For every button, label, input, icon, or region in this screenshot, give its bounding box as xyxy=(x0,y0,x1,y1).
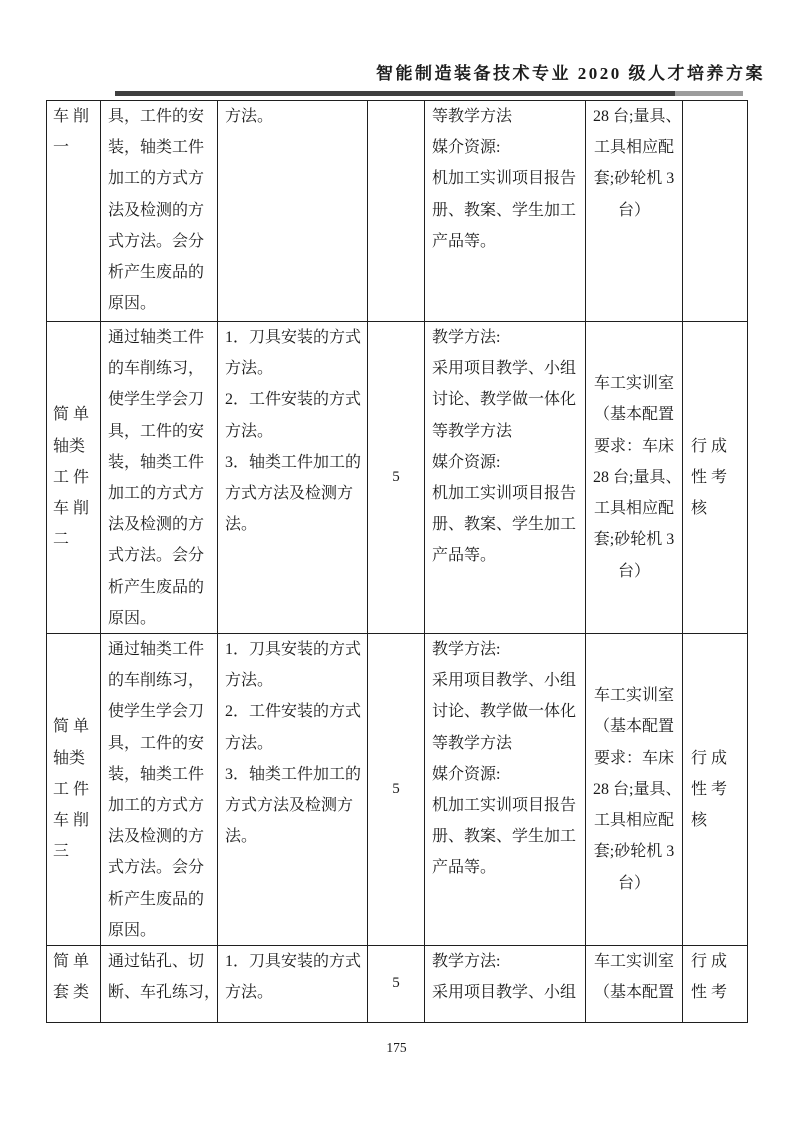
text-line: 装，轴类工件 xyxy=(108,447,210,478)
text-line: 一 xyxy=(53,132,94,163)
text-line: 核 xyxy=(691,805,739,836)
cell-section: 车 削一 xyxy=(47,101,101,322)
text-line: 式方法。会分 xyxy=(108,226,210,257)
text-line: 二 xyxy=(53,524,94,555)
text-line: 法。 xyxy=(225,509,360,540)
text-line: （基本配置 xyxy=(593,399,675,430)
cell-key-points: 1．刀具安装的方式方法。2．工件安装的方式方法。3．轴类工件加工的方式方法及检测… xyxy=(218,322,368,634)
text-line: 装，轴类工件 xyxy=(108,759,210,790)
text-line: 工 件 xyxy=(53,462,94,493)
text-line: 工具相应配 xyxy=(593,132,675,163)
text-line: 机加工实训项目报告 xyxy=(432,478,578,509)
cell-assessment: 行 成性 考 xyxy=(683,946,747,1022)
cell-training-room: 28 台;量具、工具相应配套;砂轮机 3台） xyxy=(586,101,683,322)
text-line: 方法。 xyxy=(225,728,360,759)
cell-training-room: 车工实训室（基本配置要求：车床28 台;量具、工具相应配套;砂轮机 3台） xyxy=(586,634,683,946)
text-line: 核 xyxy=(691,493,739,524)
text-line: 法。 xyxy=(225,821,360,852)
text-line: 方法。 xyxy=(225,353,360,384)
text-line: 原因。 xyxy=(108,603,210,634)
cell-section: 简 单套 类 xyxy=(47,946,101,1022)
text-line: 加工的方式方 xyxy=(108,478,210,509)
text-line: 通过轴类工件 xyxy=(108,322,210,353)
text-line: 套;砂轮机 3 xyxy=(593,163,675,194)
text-line: 台） xyxy=(593,556,675,587)
cell-assessment: 行 成性 考核 xyxy=(683,634,747,946)
cell-training-room: 车工实训室（基本配置 xyxy=(586,946,683,1022)
text-line: 工具相应配 xyxy=(593,805,675,836)
text-line: 套 类 xyxy=(53,977,94,1008)
text-line: 1．刀具安装的方式 xyxy=(225,946,360,977)
text-line: 28 台;量具、 xyxy=(593,101,675,132)
text-line: 采用项目教学、小组 xyxy=(432,977,578,1008)
text-line: 简 单 xyxy=(53,946,94,977)
text-line: 简 单 xyxy=(53,711,94,742)
text-line: 具，工件的安 xyxy=(108,101,210,132)
text-line: 车工实训室 xyxy=(593,680,675,711)
text-line: 行 成 xyxy=(691,743,739,774)
document-page: 智能制造装备技术专业 2020 级人才培养方案 车 削一 具，工件的安装，轴类工… xyxy=(0,0,793,1122)
text-line: 方法。 xyxy=(225,101,360,132)
text-line: 媒介资源: xyxy=(432,447,578,478)
text-line: 原因。 xyxy=(108,288,210,319)
text-line: 性 考 xyxy=(691,774,739,805)
text-line: 法及检测的方 xyxy=(108,821,210,852)
text-line: 采用项目教学、小组 xyxy=(432,665,578,696)
text-line: 具，工件的安 xyxy=(108,728,210,759)
text-line: 通过钻孔、切 xyxy=(108,946,210,977)
cell-methods-media: 教学方法:采用项目教学、小组 xyxy=(425,946,586,1022)
text-line: 册、教案、学生加工 xyxy=(432,509,578,540)
text-line: 28 台;量具、 xyxy=(593,462,675,493)
text-line: （基本配置 xyxy=(593,711,675,742)
text-line: 台） xyxy=(593,868,675,899)
text-line: 析产生废品的 xyxy=(108,572,210,603)
cell-methods-media: 等教学方法媒介资源:机加工实训项目报告册、教案、学生加工产品等。 xyxy=(425,101,586,322)
text-line: 3．轴类工件加工的 xyxy=(225,447,360,478)
text-line: 教学方法: xyxy=(432,322,578,353)
text-line: 2．工件安装的方式 xyxy=(225,696,360,727)
cell-key-points: 方法。 xyxy=(218,101,368,322)
cell-methods-media: 教学方法:采用项目教学、小组讨论、教学做一体化等教学方法媒介资源:机加工实训项目… xyxy=(425,634,586,946)
cell-assessment xyxy=(683,101,747,322)
cell-methods-media: 教学方法:采用项目教学、小组讨论、教学做一体化等教学方法媒介资源:机加工实训项目… xyxy=(425,322,586,634)
cell-class-hours: 5 xyxy=(368,634,425,946)
text-line: 教学方法: xyxy=(432,634,578,665)
text-line: 车 削 xyxy=(53,101,94,132)
text-line: 要求：车床 xyxy=(593,431,675,462)
text-line: 教学方法: xyxy=(432,946,578,977)
page-header-title: 智能制造装备技术专业 2020 级人才培养方案 xyxy=(0,63,765,85)
text-line: 台） xyxy=(593,195,675,226)
text-line: 媒介资源: xyxy=(432,759,578,790)
course-table: 车 削一 具，工件的安装，轴类工件加工的方式方法及检测的方式方法。会分析产生废品… xyxy=(46,100,748,1023)
text-line: 产品等。 xyxy=(432,226,578,257)
text-line: 1．刀具安装的方式 xyxy=(225,634,360,665)
text-line: 使学生学会刀 xyxy=(108,696,210,727)
cell-objective: 通过轴类工件的车削练习，使学生学会刀具，工件的安装，轴类工件加工的方式方法及检测… xyxy=(101,322,218,634)
text-line: （基本配置 xyxy=(593,977,675,1008)
text-line: 3．轴类工件加工的 xyxy=(225,759,360,790)
cell-section: 简 单轴类工 件车 削二 xyxy=(47,322,101,634)
text-line: 机加工实训项目报告 xyxy=(432,163,578,194)
cell-assessment: 行 成性 考核 xyxy=(683,322,747,634)
cell-objective: 通过轴类工件的车削练习，使学生学会刀具，工件的安装，轴类工件加工的方式方法及检测… xyxy=(101,634,218,946)
text-line: 性 考 xyxy=(691,977,739,1008)
text-line: 工具相应配 xyxy=(593,493,675,524)
text-line: 轴类 xyxy=(53,743,94,774)
text-line: 式方法。会分 xyxy=(108,540,210,571)
cell-key-points: 1．刀具安装的方式方法。 xyxy=(218,946,368,1022)
text-line: 方法。 xyxy=(225,977,360,1008)
text-line: 方法。 xyxy=(225,665,360,696)
text-line: 1．刀具安装的方式 xyxy=(225,322,360,353)
text-line: 车 削 xyxy=(53,805,94,836)
text-line: 册、教案、学生加工 xyxy=(432,195,578,226)
text-line: 要求：车床 xyxy=(593,743,675,774)
text-line: 式方法。会分 xyxy=(108,852,210,883)
text-line: 套;砂轮机 3 xyxy=(593,836,675,867)
cell-class-hours: 5 xyxy=(368,322,425,634)
cell-key-points: 1．刀具安装的方式方法。2．工件安装的方式方法。3．轴类工件加工的方式方法及检测… xyxy=(218,634,368,946)
text-line: 装，轴类工件 xyxy=(108,132,210,163)
page-number: 175 xyxy=(0,1040,793,1056)
text-line: 2．工件安装的方式 xyxy=(225,384,360,415)
text-line: 等教学方法 xyxy=(432,101,578,132)
text-line: 的车削练习， xyxy=(108,353,210,384)
text-line: 车工实训室 xyxy=(593,946,675,977)
text-line: 行 成 xyxy=(691,946,739,977)
cell-objective: 具，工件的安装，轴类工件加工的方式方法及检测的方式方法。会分析产生废品的原因。 xyxy=(101,101,218,322)
text-line: 讨论、教学做一体化 xyxy=(432,384,578,415)
text-line: 析产生废品的 xyxy=(108,884,210,915)
text-line: 媒介资源: xyxy=(432,132,578,163)
text-line: 简 单 xyxy=(53,399,94,430)
text-line: 产品等。 xyxy=(432,540,578,571)
cell-objective: 通过钻孔、切断、车孔练习， xyxy=(101,946,218,1022)
text-line: 采用项目教学、小组 xyxy=(432,353,578,384)
text-line: 车 削 xyxy=(53,493,94,524)
text-line: 加工的方式方 xyxy=(108,163,210,194)
text-line: 性 考 xyxy=(691,462,739,493)
text-line: 的车削练习， xyxy=(108,665,210,696)
text-line: 行 成 xyxy=(691,431,739,462)
text-line: 法及检测的方 xyxy=(108,509,210,540)
text-line: 册、教案、学生加工 xyxy=(432,821,578,852)
cell-class-hours: 5 xyxy=(368,946,425,1022)
text-line: 套;砂轮机 3 xyxy=(593,524,675,555)
text-line: 车工实训室 xyxy=(593,368,675,399)
text-line: 28 台;量具、 xyxy=(593,774,675,805)
cell-section: 简 单轴类工 件车 削三 xyxy=(47,634,101,946)
cell-class-hours xyxy=(368,101,425,322)
cell-training-room: 车工实训室（基本配置要求：车床28 台;量具、工具相应配套;砂轮机 3台） xyxy=(586,322,683,634)
text-line: 使学生学会刀 xyxy=(108,384,210,415)
text-line: 析产生废品的 xyxy=(108,257,210,288)
text-line: 通过轴类工件 xyxy=(108,634,210,665)
text-line: 产品等。 xyxy=(432,852,578,883)
text-line: 方式方法及检测方 xyxy=(225,478,360,509)
text-line: 方法。 xyxy=(225,416,360,447)
text-line: 断、车孔练习， xyxy=(108,977,210,1008)
text-line: 法及检测的方 xyxy=(108,195,210,226)
text-line: 加工的方式方 xyxy=(108,790,210,821)
text-line: 机加工实训项目报告 xyxy=(432,790,578,821)
header-rule xyxy=(115,91,675,96)
text-line: 等教学方法 xyxy=(432,416,578,447)
text-line: 三 xyxy=(53,836,94,867)
text-line: 工 件 xyxy=(53,774,94,805)
text-line: 具，工件的安 xyxy=(108,416,210,447)
text-line: 讨论、教学做一体化 xyxy=(432,696,578,727)
text-line: 轴类 xyxy=(53,431,94,462)
text-line: 原因。 xyxy=(108,915,210,946)
text-line: 方式方法及检测方 xyxy=(225,790,360,821)
text-line: 等教学方法 xyxy=(432,728,578,759)
header-rule-tail xyxy=(675,91,743,96)
